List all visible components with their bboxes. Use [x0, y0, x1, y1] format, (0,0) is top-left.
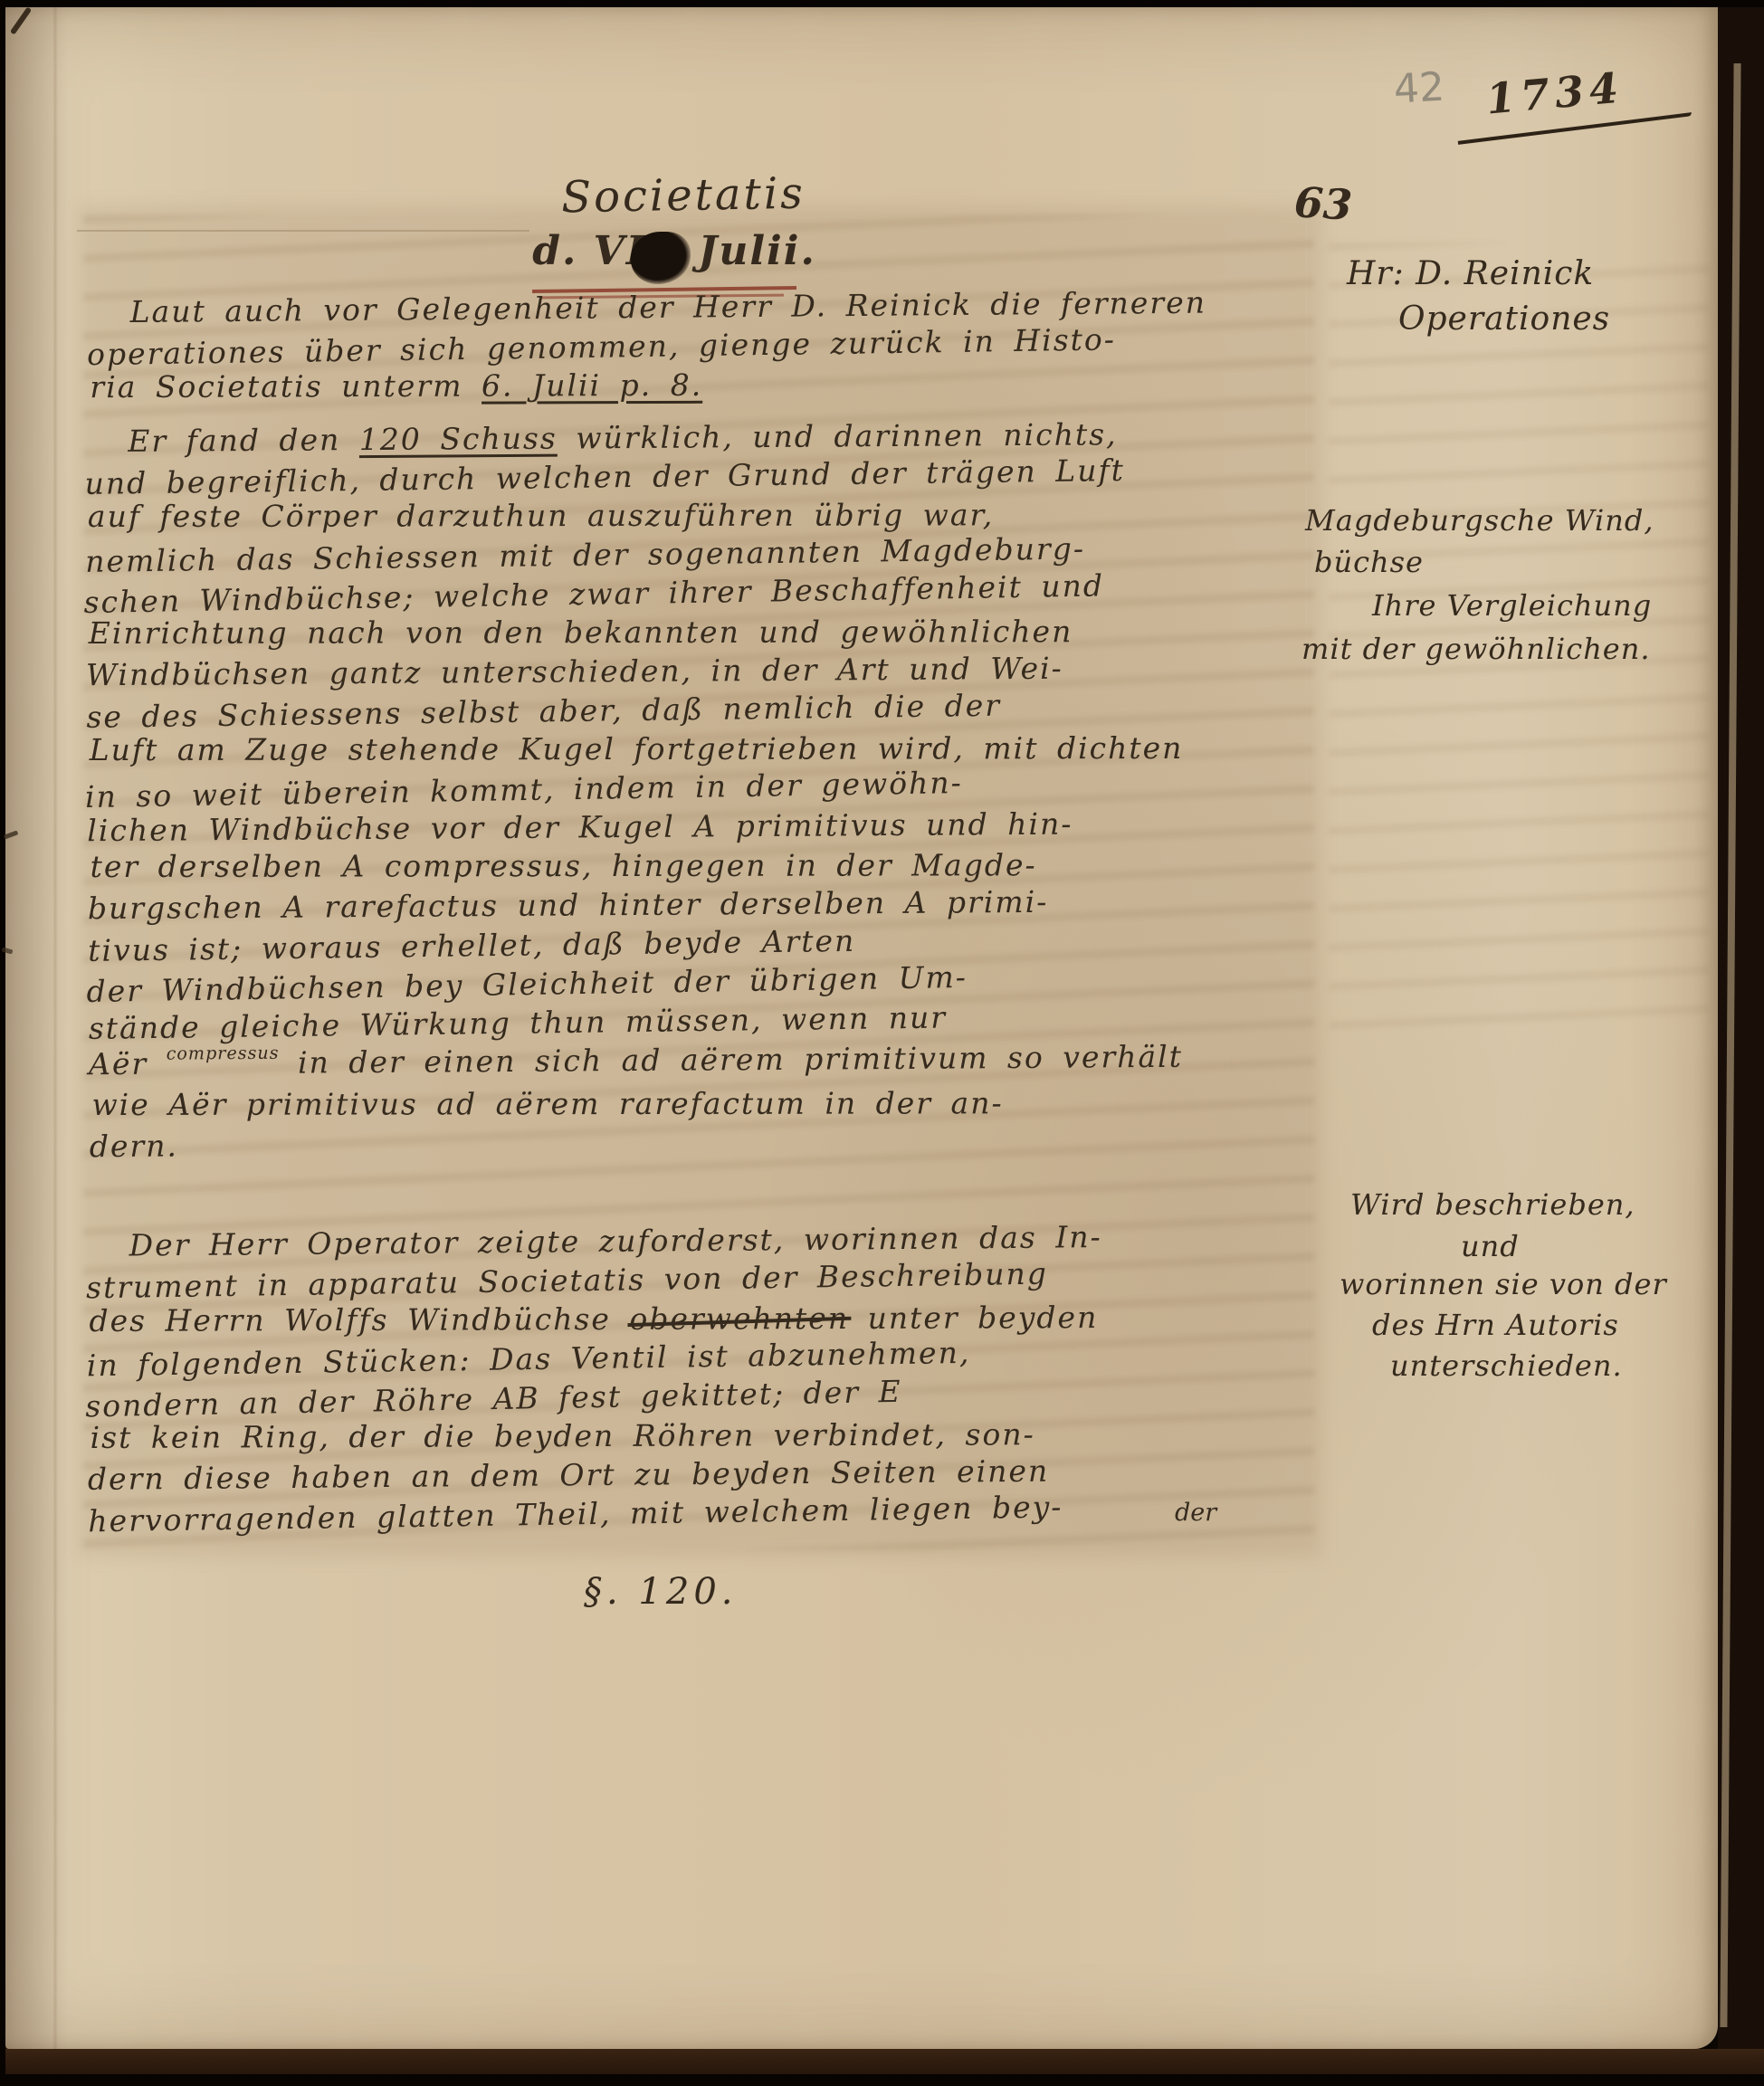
manuscript-line: ist kein Ring, der die beyden Röhren ver… — [90, 1414, 1106, 1457]
scan-border-left — [0, 0, 5, 2086]
interlinear-insert: compressus — [167, 1042, 280, 1063]
margin-note-beschreibung: des Hrn Autoris — [1372, 1304, 1619, 1346]
body-paragraph-1: Laut auch vor Gelegenheit der Herr D. Re… — [86, 283, 1206, 410]
manuscript-line: wie Aër primitivus ad aërem rarefactum i… — [91, 1083, 1186, 1124]
manuscript-line: ria Societatis unterm 6. Julii p. 8. — [90, 364, 1209, 406]
underlined-phrase: 6. Julii p. 8. — [482, 367, 702, 404]
scan-border-top — [0, 0, 1764, 7]
catchword: der — [1175, 1499, 1216, 1527]
margin-note-beschreibung: und — [1461, 1225, 1520, 1267]
margin-note-beschreibung: Wird beschrieben, — [1350, 1184, 1635, 1225]
margin-note-attendee: Operationes — [1398, 299, 1610, 340]
manuscript-line: Einrichtung nach von den bekannten und g… — [89, 612, 1183, 652]
margin-note-windbuechse: Ihre Vergleichung — [1372, 585, 1652, 626]
section-mark: §. 120. — [584, 1571, 738, 1613]
body-paragraph-2: Er fand den 120 Schuss würklich, und dar… — [84, 414, 1184, 1166]
text-run: Aër — [89, 1046, 167, 1082]
text-run: in der einen sich ad aërem primitivum so… — [279, 1039, 1183, 1081]
text-run: unter beyden — [849, 1300, 1098, 1336]
scan-border-bottom — [0, 2074, 1764, 2086]
manuscript-line: dern. — [90, 1119, 1184, 1166]
struck-word: oberwehnten — [629, 1300, 849, 1337]
text-run: des Herrn Wolffs Windbüchse — [89, 1301, 629, 1338]
margin-note-windbuechse: mit der gewöhnlichen. — [1302, 628, 1651, 670]
body-paragraph-3: Der Herr Operator zeigte zuforderst, wor… — [86, 1217, 1105, 1538]
margin-note-windbuechse: Magdeburgsche Wind, — [1305, 500, 1654, 541]
margin-note-windbuechse: büchse — [1314, 541, 1424, 583]
binding-gutter-shadow — [5, 7, 69, 2049]
underlined-phrase: 120 Schuss — [359, 421, 558, 458]
page-title: Societatis — [502, 167, 865, 224]
pencil-archive-number: 42 — [1393, 64, 1446, 113]
folio-number: 63 — [1293, 177, 1354, 229]
manuscript-line: ter derselben A compressus, hingegen in … — [91, 845, 1185, 886]
manuscript-scan: 42 1734 Societatis d. VII. Julii. 63 Hr:… — [0, 0, 1764, 2086]
margin-note-beschreibung: unterschieden. — [1390, 1345, 1623, 1386]
text-run: ria Societatis unterm — [90, 368, 482, 405]
margin-note-attendee: Hr: D. Reinick — [1347, 253, 1594, 295]
margin-note-beschreibung: worinnen sie von der — [1340, 1263, 1667, 1305]
page-crease — [52, 7, 58, 2049]
heading-rule-line — [77, 230, 529, 232]
text-run: würklich, und darinnen nichts, — [558, 416, 1118, 455]
text-run: Er fand den — [128, 422, 359, 459]
manuscript-line: Aër compressus in der einen sich ad aëre… — [89, 1037, 1183, 1088]
